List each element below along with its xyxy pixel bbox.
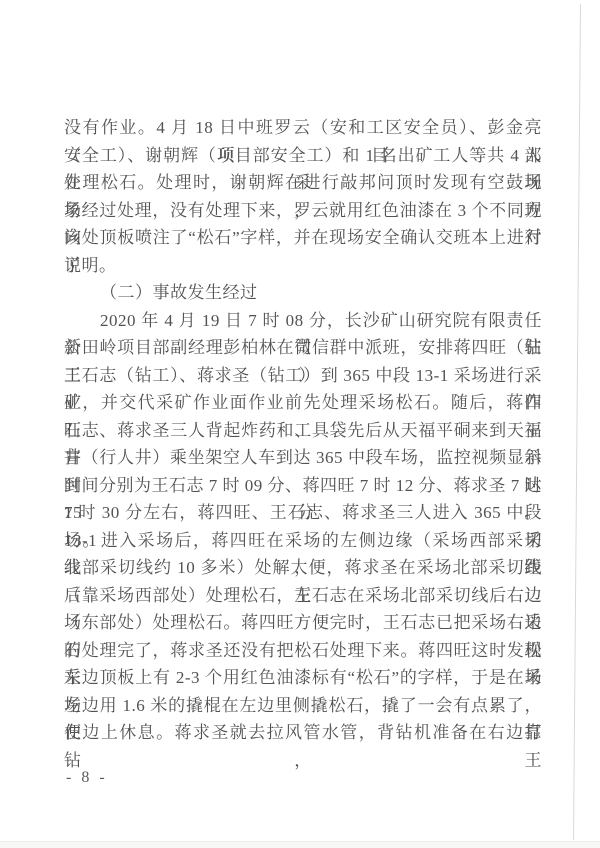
- text-line: 王石志（钻工）、蒋求圣（钻工）到 365 中段 13-1 采场进行采矿作: [64, 362, 542, 390]
- document-page: 没有作业。4 月 18 日中班罗云（安和工区安全员）、彭金亮（项目部安全工）、谢…: [0, 0, 600, 848]
- text-line: 2020 年 4 月 19 日 7 时 08 分，长沙矿山研究院有限责任公司驻: [64, 307, 542, 335]
- text-line: 安全工）、谢朝辉（项目部安全工）和 1 名出矿工人等共 4 人在采场: [64, 142, 542, 170]
- text-line: 场。进入采场后，蒋四旺在采场的左侧边缘（采场西部采切线，距: [64, 527, 542, 555]
- text-line: 处理松石。处理时，谢朝辉在进行敲邦问顶时发现有空鼓现象，现: [64, 169, 542, 197]
- text-line: （靠采场西部处）处理松石，王石志在采场北部采切线后右边（采: [64, 582, 542, 610]
- text-line: 该处顶板喷注了“松石”字样，并在现场安全确认交班本上进行了: [64, 224, 542, 252]
- text-line: 在边上休息。蒋求圣就去拉风管水管，背钻机准备在右边打钻，王: [64, 719, 542, 747]
- page-number: - 8 -: [66, 769, 108, 787]
- scan-edge-bottom: [0, 841, 600, 848]
- text-line: 新田岭项目部副经理彭柏林在微信群中派班，安排蒋四旺（钻工）、: [64, 334, 542, 362]
- text-line: 没有作业。4 月 18 日中班罗云（安和工区安全员）、彭金亮（项目部: [64, 114, 542, 142]
- text-line: 说明。: [64, 252, 542, 280]
- text-line: 7 时 30 分左右，蒋四旺、王石志、蒋求圣三人进入 365 中段 13-1 采: [64, 499, 542, 527]
- text-line: 井（行人井）乘坐架空人车到达 365 中段车场，监控视频显示到达: [64, 444, 542, 472]
- text-line: 场东部处）处理松石。蒋四旺方便完时，王石志已把采场右边的松: [64, 609, 542, 637]
- text-line: 石志、蒋求圣三人背起炸药和工具袋先后从天福平硐来到天福盲斜: [64, 417, 542, 445]
- text-line: 左边顶板上有 2-3 个用红色油漆标有“松石”的字样，于是在采场: [64, 664, 542, 692]
- text-line: 场经过处理，没有处理下来，罗云就用红色油漆在 3 个不同方向对: [64, 197, 542, 225]
- scan-edge-right: [573, 4, 581, 840]
- text-line: 北部采切线约 10 多米）处解大便，蒋求圣在采场北部采切线后左边: [64, 554, 542, 582]
- text-line: 业，并交代采矿作业面作业前先处理采场松石。随后，蒋四旺、王: [64, 389, 542, 417]
- text-line: 时间分别为王石志 7 时 09 分、蒋四旺 7 时 12 分、蒋求圣 7 时 1…: [64, 472, 542, 500]
- section-heading: （二）事故发生经过: [64, 279, 542, 307]
- page-body-text: 没有作业。4 月 18 日中班罗云（安和工区安全员）、彭金亮（项目部安全工）、谢…: [64, 114, 542, 747]
- text-line: 左边用 1.6 米的撬棍在左边里侧撬松石，撬了一会有点累了，便靠: [64, 692, 542, 720]
- text-line: 石处理完了，蒋求圣还没有把松石处理下来。蒋四旺这时发现采场: [64, 637, 542, 665]
